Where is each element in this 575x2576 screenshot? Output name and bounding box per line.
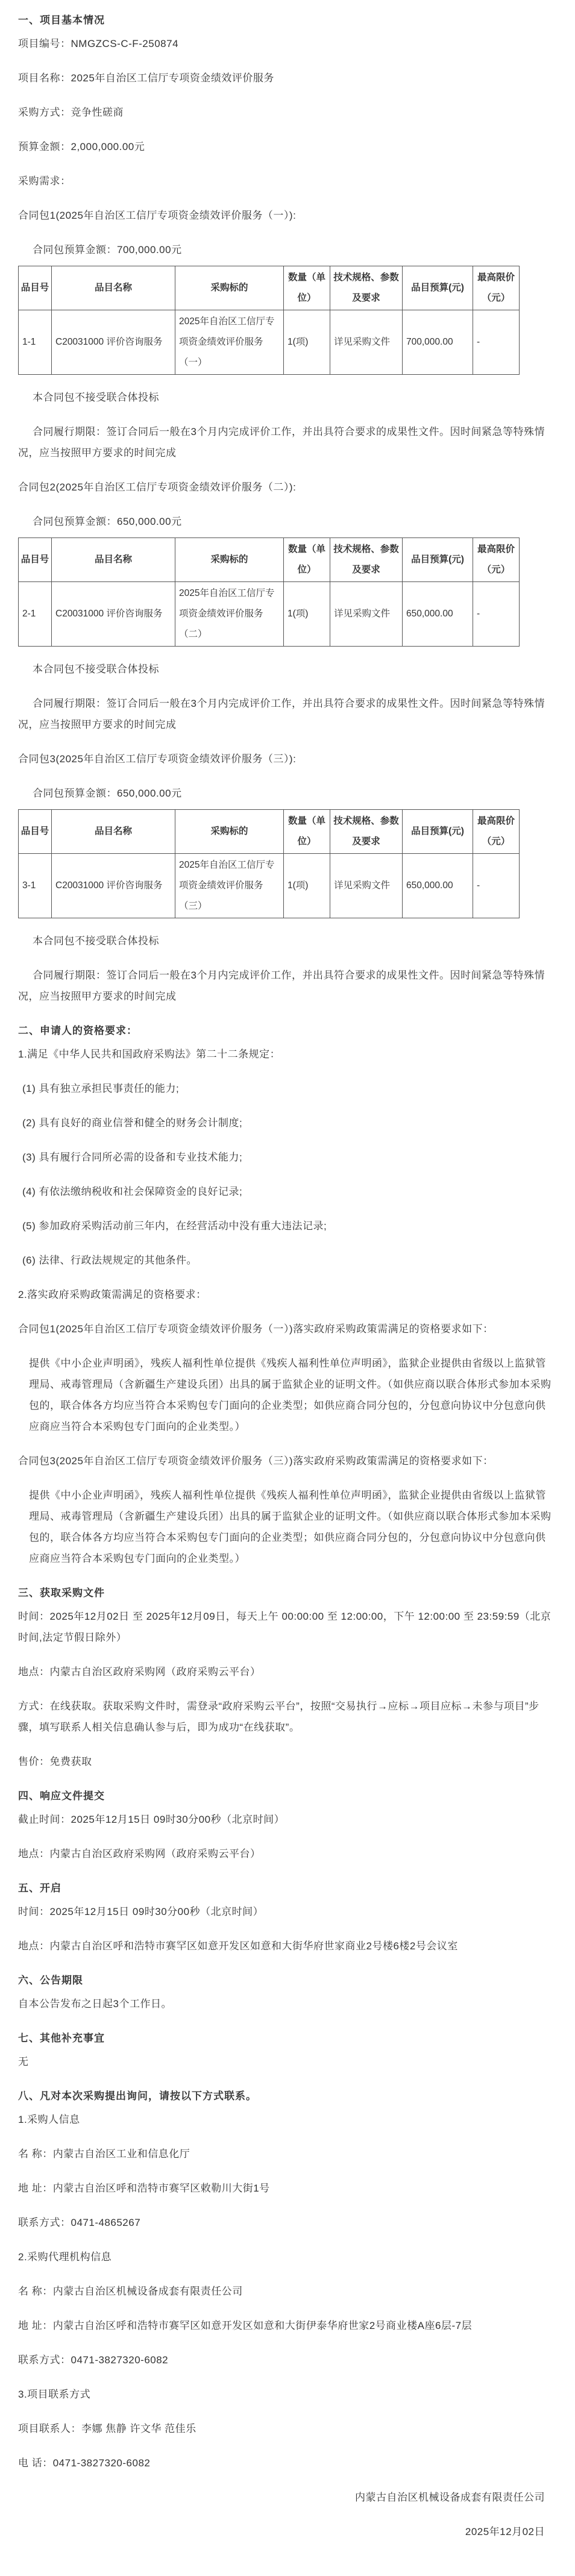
opening-place: 地点：内蒙古自治区呼和浩特市赛罕区如意开发区如意和大街华府世家商业2号楼6楼2号… [18,1935,555,1957]
package-1-budget: 合同包预算金额：700,000.00元 [18,239,555,260]
col-header-item-budget: 品目预算(元) [403,266,473,310]
cell-item-no: 1-1 [19,310,52,375]
qualification-item-3: (3) 具有履行合同所必需的设备和专业技术能力; [18,1147,555,1168]
section-7-heading: 七、其他补充事宜 [18,2028,555,2049]
cell-spec: 详见采购文件 [330,582,403,647]
package-2-items-table: 品目号 品目名称 采购标的 数量（单位） 技术规格、参数及要求 品目预算(元) … [18,537,520,647]
cell-price-cap: - [473,310,520,375]
qualification-item-4: (4) 有依法缴纳税收和社会保障资金的良好记录; [18,1181,555,1202]
signature-date: 2025年12月02日 [18,2521,545,2542]
project-name: 项目名称：2025年自治区工信厅专项资金绩效评价服务 [18,67,555,89]
package-3-items-table: 品目号 品目名称 采购标的 数量（单位） 技术规格、参数及要求 品目预算(元) … [18,809,520,918]
cell-qty: 1(项) [284,854,330,918]
purchaser-telephone: 联系方式：0471-4865267 [18,2212,555,2233]
package-3-title: 合同包3(2025年自治区工信厅专项资金绩效评价服务（三）): [18,748,555,769]
package-1-policy-title: 合同包1(2025年自治区工信厅专项资金绩效评价服务（一）)落实政府采购政策需满… [18,1318,555,1340]
col-header-spec: 技术规格、参数及要求 [330,810,403,854]
col-header-item-budget: 品目预算(元) [403,538,473,582]
project-number: 项目编号：NMGZCS-C-F-250874 [18,33,555,54]
policy-requirements-label: 2.落实政府采购政策需满足的资格要求： [18,1284,555,1305]
col-header-item-budget: 品目预算(元) [403,810,473,854]
obtain-method: 方式：在线获取。获取采购文件时，需登录“政府采购云平台”，按照“交易执行→应标→… [18,1696,555,1738]
section-3-heading: 三、获取采购文件 [18,1582,555,1603]
cell-item-no: 3-1 [19,854,52,918]
cell-item-budget: 650,000.00 [403,854,473,918]
col-header-target: 采购标的 [175,538,284,582]
cell-spec: 详见采购文件 [330,310,403,375]
package-2-title: 合同包2(2025年自治区工信厅专项资金绩效评价服务（二）): [18,477,555,498]
package-1-title: 合同包1(2025年自治区工信厅专项资金绩效评价服务（一）): [18,205,555,226]
package-1-policy-text: 提供《中小企业声明函》，残疾人福利性单位提供《残疾人福利性单位声明函》，监狱企业… [18,1353,555,1437]
section-opening: 五、开启 时间：2025年12月15日 09时30分00秒（北京时间） 地点：内… [18,1878,555,1957]
qualification-item-5: (5) 参加政府采购活动前三年内，在经营活动中没有重大违法记录; [18,1215,555,1236]
table-header-row: 品目号 品目名称 采购标的 数量（单位） 技术规格、参数及要求 品目预算(元) … [19,538,520,582]
qualification-item-1: (1) 具有独立承担民事责任的能力; [18,1078,555,1099]
agency-info-label: 2.采购代理机构信息 [18,2246,555,2267]
col-header-price-cap: 最高限价（元） [473,266,520,310]
col-header-item-no: 品目号 [19,266,52,310]
package-3-policy-title: 合同包3(2025年自治区工信厅专项资金绩效评价服务（三）)落实政府采购政策需满… [18,1450,555,1471]
col-header-price-cap: 最高限价（元） [473,538,520,582]
section-response-submission: 四、响应文件提交 截止时间：2025年12月15日 09时30分00秒（北京时间… [18,1785,555,1864]
col-header-qty: 数量（单位） [284,538,330,582]
cell-target: 2025年自治区工信厅专项资金绩效评价服务（一） [175,310,284,375]
section-contact-info: 八、凡对本次采购提出询问，请按以下方式联系。 1.采购人信息 名 称：内蒙古自治… [18,2086,555,2474]
section-1-heading: 一、项目基本情况 [18,10,555,31]
package-2-duration: 合同履行期限：签订合同后一般在3个月内完成评价工作，并出具符合要求的成果性文件。… [18,693,555,735]
signature-company: 内蒙古自治区机械设备成套有限责任公司 [18,2487,545,2508]
announcement-period-text: 自本公告发布之日起3个工作日。 [18,1993,555,2014]
qualification-item-2: (2) 具有良好的商业信誉和健全的财务会计制度; [18,1112,555,1133]
col-header-target: 采购标的 [175,810,284,854]
other-matters-text: 无 [18,2051,555,2072]
package-3-no-consortium: 本合同包不接受联合体投标 [18,930,555,951]
section-announcement-period: 六、公告期限 自本公告发布之日起3个工作日。 [18,1970,555,2014]
cell-target: 2025年自治区工信厅专项资金绩效评价服务（三） [175,854,284,918]
purchaser-name: 名 称：内蒙古自治区工业和信息化厅 [18,2143,555,2164]
procurement-method: 采购方式：竞争性磋商 [18,102,555,123]
cell-target: 2025年自治区工信厅专项资金绩效评价服务（二） [175,582,284,647]
cell-item-name: C20031000 评价咨询服务 [52,310,175,375]
opening-time: 时间：2025年12月15日 09时30分00秒（北京时间） [18,1901,555,1922]
agency-name: 名 称：内蒙古自治区机械设备成套有限责任公司 [18,2281,555,2302]
package-2-no-consortium: 本合同包不接受联合体投标 [18,659,555,680]
purchaser-address: 地 址：内蒙古自治区呼和浩特市赛罕区敕勒川大街1号 [18,2178,555,2199]
demand-label: 采购需求： [18,171,555,192]
table-header-row: 品目号 品目名称 采购标的 数量（单位） 技术规格、参数及要求 品目预算(元) … [19,810,520,854]
col-header-item-name: 品目名称 [52,810,175,854]
package-1-items-table: 品目号 品目名称 采购标的 数量（单位） 技术规格、参数及要求 品目预算(元) … [18,266,520,375]
procurement-announcement-document: 一、项目基本情况 项目编号：NMGZCS-C-F-250874 项目名称：202… [0,0,575,2576]
cell-item-name: C20031000 评价咨询服务 [52,854,175,918]
section-obtain-documents: 三、获取采购文件 时间：2025年12月02日 至 2025年12月09日，每天… [18,1582,555,1772]
section-4-heading: 四、响应文件提交 [18,1785,555,1807]
section-other-matters: 七、其他补充事宜 无 [18,2028,555,2072]
project-contact-label: 3.项目联系方式 [18,2384,555,2405]
cell-price-cap: - [473,582,520,647]
col-header-spec: 技术规格、参数及要求 [330,266,403,310]
section-5-heading: 五、开启 [18,1878,555,1899]
cell-qty: 1(项) [284,582,330,647]
submission-deadline: 截止时间：2025年12月15日 09时30分00秒（北京时间） [18,1809,555,1830]
package-2-budget: 合同包预算金额：650,000.00元 [18,511,555,532]
project-contacts: 项目联系人：李娜 焦静 许文华 范佳乐 [18,2418,555,2439]
package-1-duration: 合同履行期限：签订合同后一般在3个月内完成评价工作，并出具符合要求的成果性文件。… [18,421,555,463]
cell-spec: 详见采购文件 [330,854,403,918]
agency-telephone: 联系方式：0471-3827320-6082 [18,2349,555,2371]
obtain-place: 地点：内蒙古自治区政府采购网（政府采购云平台） [18,1661,555,1682]
obtain-time: 时间：2025年12月02日 至 2025年12月09日，每天上午 00:00:… [18,1606,555,1648]
col-header-qty: 数量（单位） [284,266,330,310]
section-applicant-qualifications: 二、申请人的资格要求： 1.满足《中华人民共和国政府采购法》第二十二条规定： (… [18,1020,555,1569]
table-header-row: 品目号 品目名称 采购标的 数量（单位） 技术规格、参数及要求 品目预算(元) … [19,266,520,310]
section-6-heading: 六、公告期限 [18,1970,555,1991]
section-8-heading: 八、凡对本次采购提出询问，请按以下方式联系。 [18,2086,555,2107]
cell-item-budget: 700,000.00 [403,310,473,375]
col-header-price-cap: 最高限价（元） [473,810,520,854]
col-header-qty: 数量（单位） [284,810,330,854]
package-3-duration: 合同履行期限：签订合同后一般在3个月内完成评价工作，并出具符合要求的成果性文件。… [18,965,555,1007]
table-row: 2-1 C20031000 评价咨询服务 2025年自治区工信厅专项资金绩效评价… [19,582,520,647]
law-clause: 1.满足《中华人民共和国政府采购法》第二十二条规定： [18,1044,555,1065]
cell-qty: 1(项) [284,310,330,375]
package-3-budget: 合同包预算金额：650,000.00元 [18,783,555,804]
cell-item-no: 2-1 [19,582,52,647]
agency-address: 地 址：内蒙古自治区呼和浩特市赛罕区如意开发区如意和大街伊泰华府世家2号商业楼A… [18,2315,555,2336]
col-header-item-no: 品目号 [19,810,52,854]
signature-block: 内蒙古自治区机械设备成套有限责任公司 2025年12月02日 [18,2487,555,2542]
package-3-policy-text: 提供《中小企业声明函》，残疾人福利性单位提供《残疾人福利性单位声明函》，监狱企业… [18,1485,555,1569]
purchaser-info-label: 1.采购人信息 [18,2109,555,2130]
obtain-price: 售价：免费获取 [18,1751,555,1772]
budget-amount: 预算金额：2,000,000.00元 [18,136,555,157]
section-basic-info: 一、项目基本情况 项目编号：NMGZCS-C-F-250874 项目名称：202… [18,10,555,1007]
package-1-no-consortium: 本合同包不接受联合体投标 [18,387,555,408]
section-2-heading: 二、申请人的资格要求： [18,1020,555,1041]
cell-price-cap: - [473,854,520,918]
project-telephone: 电 话：0471-3827320-6082 [18,2452,555,2474]
table-row: 3-1 C20031000 评价咨询服务 2025年自治区工信厅专项资金绩效评价… [19,854,520,918]
cell-item-name: C20031000 评价咨询服务 [52,582,175,647]
col-header-spec: 技术规格、参数及要求 [330,538,403,582]
col-header-item-name: 品目名称 [52,538,175,582]
col-header-item-name: 品目名称 [52,266,175,310]
submission-place: 地点：内蒙古自治区政府采购网（政府采购云平台） [18,1843,555,1864]
cell-item-budget: 650,000.00 [403,582,473,647]
col-header-target: 采购标的 [175,266,284,310]
col-header-item-no: 品目号 [19,538,52,582]
table-row: 1-1 C20031000 评价咨询服务 2025年自治区工信厅专项资金绩效评价… [19,310,520,375]
qualification-item-6: (6) 法律、行政法规规定的其他条件。 [18,1250,555,1271]
